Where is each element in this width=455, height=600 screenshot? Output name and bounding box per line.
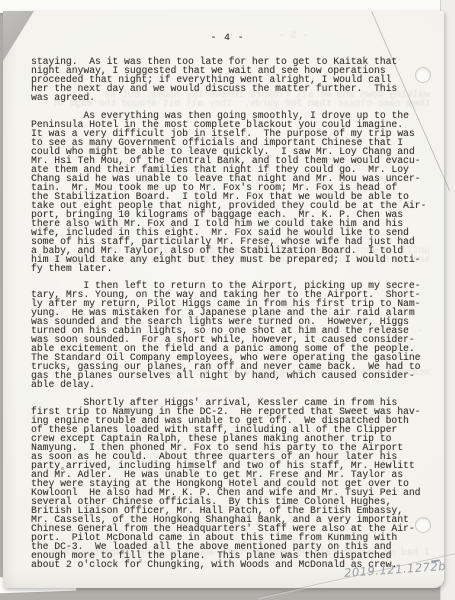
paragraph: I then left to return to the Airport, pi… xyxy=(31,281,437,389)
paper-speckles xyxy=(0,0,1,1)
paragraph: Shortly after Higgs' arrival, Kessler ca… xyxy=(31,398,437,569)
paragraph: staying. As it was then too late for her… xyxy=(31,57,437,102)
page-number: - 4 - xyxy=(0,32,455,43)
scanned-document: - 5 - walking down and we all flopped in… xyxy=(0,0,455,600)
document-body: staying. As it was then too late for her… xyxy=(31,57,437,569)
paragraph: As everything was then going smoothly, I… xyxy=(31,111,437,273)
